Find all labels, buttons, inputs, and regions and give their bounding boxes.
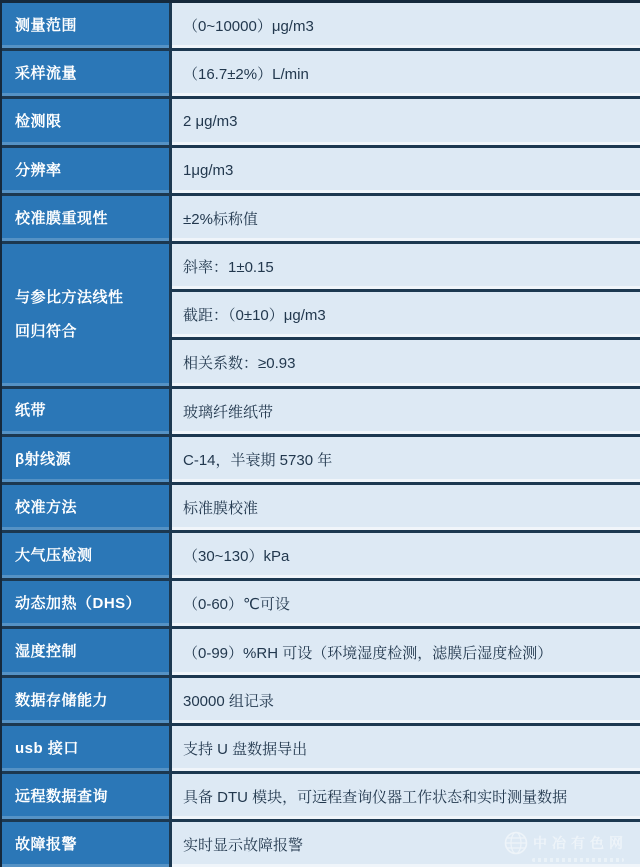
spec-label-text: β射线源 xyxy=(15,451,163,468)
spec-label-text: 回归符合 xyxy=(15,323,163,340)
spec-row: usb 接口支持 U 盘数据导出 xyxy=(2,726,640,774)
spec-value-cell: 标准膜校准 xyxy=(172,485,640,533)
spec-row: 远程数据查询具备 DTU 模块，可远程查询仪器工作状态和实时测量数据 xyxy=(2,774,640,822)
spec-label-text: 采样流量 xyxy=(15,65,163,82)
spec-value-cell: 截距：（0±10）μg/m3 xyxy=(172,292,640,340)
spec-row: 湿度控制（0-99）%RH 可设（环境湿度检测，滤膜后湿度检测） xyxy=(2,629,640,677)
spec-value-cell: （0-60）℃可设 xyxy=(172,581,640,629)
spec-value-cell: 2 μg/m3 xyxy=(172,99,640,147)
spec-values-column: 实时显示故障报警 xyxy=(172,822,640,867)
spec-label-cell: 分辨率 xyxy=(2,148,172,196)
spec-row: β射线源C-14，半衰期 5730 年 xyxy=(2,437,640,485)
spec-row: 大气压检测（30~130）kPa xyxy=(2,533,640,581)
spec-label-text: 分辨率 xyxy=(15,162,163,179)
spec-label-cell: 故障报警 xyxy=(2,822,172,867)
spec-row: 校准方法标准膜校准 xyxy=(2,485,640,533)
spec-values-column: （0-60）℃可设 xyxy=(172,581,640,629)
spec-values-column: 标准膜校准 xyxy=(172,485,640,533)
spec-label-cell: usb 接口 xyxy=(2,726,172,774)
spec-value-cell: 30000 组记录 xyxy=(172,678,640,726)
spec-label-text: 大气压检测 xyxy=(15,547,163,564)
spec-label-text: 故障报警 xyxy=(15,836,163,853)
spec-row: 校准膜重现性±2%标称值 xyxy=(2,196,640,244)
spec-row: 采样流量（16.7±2%）L/min xyxy=(2,51,640,99)
spec-table: 测量范围（0~10000）μg/m3采样流量（16.7±2%）L/min检测限2… xyxy=(0,0,640,867)
spec-value-cell: C-14，半衰期 5730 年 xyxy=(172,437,640,485)
spec-label-cell: 采样流量 xyxy=(2,51,172,99)
spec-label-text: 检测限 xyxy=(15,113,163,130)
spec-row: 纸带玻璃纤维纸带 xyxy=(2,389,640,437)
spec-value-cell: （0-99）%RH 可设（环境湿度检测，滤膜后湿度检测） xyxy=(172,629,640,677)
spec-values-column: 玻璃纤维纸带 xyxy=(172,389,640,437)
spec-value-cell: （30~130）kPa xyxy=(172,533,640,581)
spec-row: 动态加热（DHS）（0-60）℃可设 xyxy=(2,581,640,629)
spec-label-cell: 检测限 xyxy=(2,99,172,147)
spec-label-cell: 测量范围 xyxy=(2,3,172,51)
spec-label-text: 纸带 xyxy=(15,402,163,419)
spec-values-column: （0-99）%RH 可设（环境湿度检测，滤膜后湿度检测） xyxy=(172,629,640,677)
spec-row: 故障报警实时显示故障报警 xyxy=(2,822,640,867)
spec-value-cell: ±2%标称值 xyxy=(172,196,640,244)
spec-label-cell: 远程数据查询 xyxy=(2,774,172,822)
spec-value-cell: （16.7±2%）L/min xyxy=(172,51,640,99)
spec-value-cell: （0~10000）μg/m3 xyxy=(172,3,640,51)
spec-values-column: 2 μg/m3 xyxy=(172,99,640,147)
spec-label-text: 数据存储能力 xyxy=(15,692,163,709)
spec-row: 测量范围（0~10000）μg/m3 xyxy=(2,3,640,51)
spec-values-column: 支持 U 盘数据导出 xyxy=(172,726,640,774)
spec-value-cell: 支持 U 盘数据导出 xyxy=(172,726,640,774)
spec-label-text: 校准方法 xyxy=(15,499,163,516)
spec-label-cell: 校准方法 xyxy=(2,485,172,533)
spec-row: 与参比方法线性回归符合斜率：1±0.15截距：（0±10）μg/m3相关系数：≥… xyxy=(2,244,640,389)
spec-label-text: 远程数据查询 xyxy=(15,788,163,805)
spec-values-column: 具备 DTU 模块，可远程查询仪器工作状态和实时测量数据 xyxy=(172,774,640,822)
spec-values-column: 1μg/m3 xyxy=(172,148,640,196)
spec-label-text: 与参比方法线性 xyxy=(15,289,163,306)
spec-value-cell: 相关系数：≥0.93 xyxy=(172,340,640,388)
spec-label-cell: 与参比方法线性回归符合 xyxy=(2,244,172,389)
spec-row: 数据存储能力30000 组记录 xyxy=(2,678,640,726)
spec-label-text: 动态加热（DHS） xyxy=(15,595,163,612)
spec-label-cell: 校准膜重现性 xyxy=(2,196,172,244)
spec-label-text: 测量范围 xyxy=(15,17,163,34)
spec-row: 检测限2 μg/m3 xyxy=(2,99,640,147)
spec-value-cell: 玻璃纤维纸带 xyxy=(172,389,640,437)
spec-label-text: usb 接口 xyxy=(15,740,163,757)
spec-values-column: （16.7±2%）L/min xyxy=(172,51,640,99)
spec-row: 分辨率1μg/m3 xyxy=(2,148,640,196)
spec-values-column: （30~130）kPa xyxy=(172,533,640,581)
spec-label-text: 校准膜重现性 xyxy=(15,210,163,227)
spec-value-cell: 1μg/m3 xyxy=(172,148,640,196)
spec-values-column: 30000 组记录 xyxy=(172,678,640,726)
spec-label-cell: 动态加热（DHS） xyxy=(2,581,172,629)
spec-label-cell: 湿度控制 xyxy=(2,629,172,677)
spec-value-cell: 实时显示故障报警 xyxy=(172,822,640,867)
spec-label-text: 湿度控制 xyxy=(15,643,163,660)
spec-label-cell: 纸带 xyxy=(2,389,172,437)
spec-label-cell: β射线源 xyxy=(2,437,172,485)
spec-label-cell: 数据存储能力 xyxy=(2,678,172,726)
spec-values-column: ±2%标称值 xyxy=(172,196,640,244)
spec-label-cell: 大气压检测 xyxy=(2,533,172,581)
spec-values-column: C-14，半衰期 5730 年 xyxy=(172,437,640,485)
spec-values-column: 斜率：1±0.15截距：（0±10）μg/m3相关系数：≥0.93 xyxy=(172,244,640,389)
spec-values-column: （0~10000）μg/m3 xyxy=(172,3,640,51)
spec-value-cell: 具备 DTU 模块，可远程查询仪器工作状态和实时测量数据 xyxy=(172,774,640,822)
spec-value-cell: 斜率：1±0.15 xyxy=(172,244,640,292)
